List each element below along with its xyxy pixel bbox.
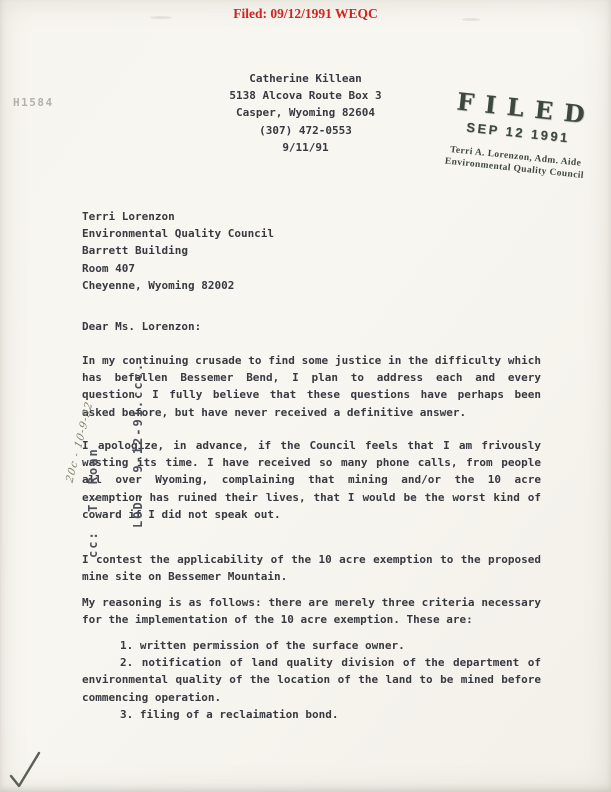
scan-artifact [462, 18, 480, 21]
recipient-building: Barrett Building [82, 242, 274, 259]
scan-artifact [150, 16, 172, 19]
criteria-item-3: 3. filing of a reclaimation bond. [82, 706, 541, 723]
salutation: Dear Ms. Lorenzon: [82, 318, 201, 335]
recipient-room: Room 407 [82, 260, 274, 277]
criteria-list: 1. written permission of the surface own… [82, 637, 541, 723]
scanned-letter-page: Filed: 09/12/1991 WEQC H1584 Catherine K… [0, 0, 611, 792]
sender-name: Catherine Killean [0, 70, 611, 87]
recipient-city: Cheyenne, Wyoming 82002 [82, 277, 274, 294]
body-paragraph-4: My reasoning is as follows: there are me… [82, 594, 541, 628]
filed-date-annotation: Filed: 09/12/1991 WEQC [0, 6, 611, 22]
recipient-address-block: Terri Lorenzon Environmental Quality Cou… [82, 208, 274, 294]
cc-line: cc: T. Roan [86, 362, 101, 558]
filed-stamp: FILED SEP 12 1991 Terri A. Lorenzon, Adm… [424, 84, 611, 184]
checkmark-icon [8, 750, 44, 790]
criteria-item-2: 2. notification of land quality division… [82, 654, 541, 706]
criteria-item-1: 1. written permission of the surface own… [82, 637, 541, 654]
recipient-org: Environmental Quality Council [82, 225, 274, 242]
log-line: LOD. 9-12-91.ccc. [131, 362, 146, 558]
recipient-name: Terri Lorenzon [82, 208, 274, 225]
